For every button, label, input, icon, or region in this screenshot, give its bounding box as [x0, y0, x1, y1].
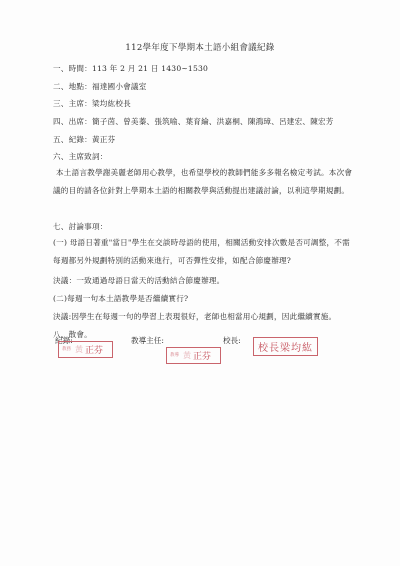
discussion-question-1: (一) 母語日著重"當日"學生在交談時母語的使用，相關活動安排次數是否可調整，不… [53, 234, 353, 269]
meeting-location: 二、地點：福達國小會議室 [53, 81, 147, 92]
discussion-question-2: (二)每週一句本土語教學是否繼續實行? [53, 293, 188, 304]
chair-remarks-heading: 六、主席致詞： [53, 151, 108, 162]
document-title: 112學年度下學期本土語小組會議紀錄 [0, 41, 400, 53]
document-page: 112學年度下學期本土語小組會議紀錄 一、時間：113 年 2 月 21 日 1… [0, 0, 400, 566]
discussion-heading: 七、討論事項： [53, 221, 108, 232]
meeting-recorder: 五、紀錄：黃正芬 [53, 134, 115, 145]
meeting-time: 一、時間：113 年 2 月 21 日 1430~1530 [53, 63, 208, 74]
chair-remarks: 本土語言教學謝美麗老師用心教學，也希望學校的教師們能多多報名檢定考試。本次會議的… [53, 164, 353, 199]
meeting-attendees: 四、出席：簡子茵、曾美蓁、張筑喻、葉育綸、洪嘉桐、陳鴻璋、呂建宏、陳宏芳 [53, 116, 334, 127]
meeting-chair: 三、主席：梁均紘校長 [53, 98, 131, 109]
discussion-resolution-1: 決議：一致通過母語日當天的活動結合節慶辦理。 [53, 275, 224, 286]
principal-stamp: 校長梁均紘 [253, 337, 318, 356]
recorder-stamp: 教務 黃 正芬 [58, 341, 113, 358]
discussion-resolution-2: 決議:因學生在每週一句的學習上表現很好，老師也相當用心規劃，因此繼續實施。 [53, 311, 336, 322]
director-stamp: 教導 黃 正芬 [166, 347, 221, 364]
principal-signature-label: 校長: [223, 335, 241, 346]
director-signature-label: 教導主任: [131, 335, 164, 346]
